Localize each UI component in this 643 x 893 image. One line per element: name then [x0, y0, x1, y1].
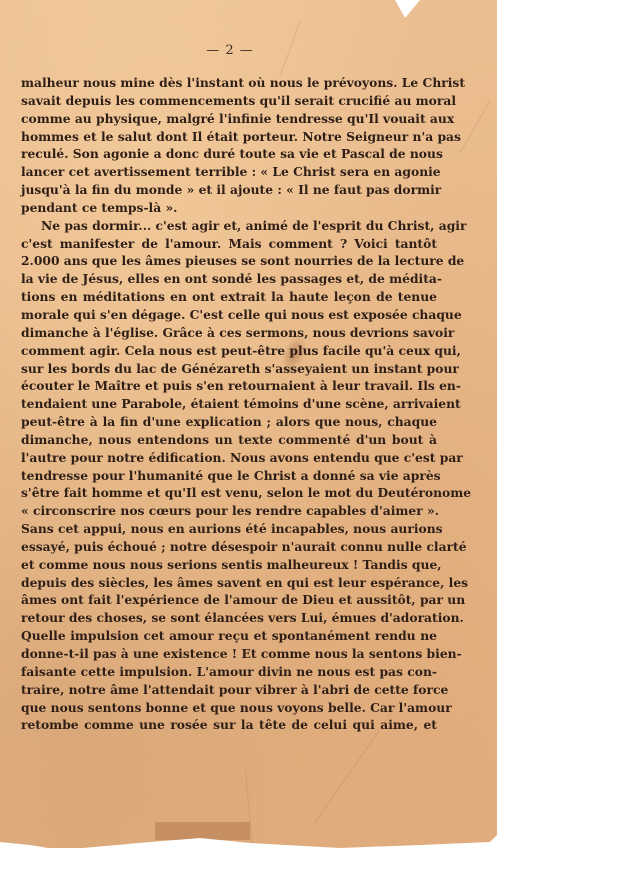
text-line: la vie de Jésus, elles en ont sondé les …: [21, 270, 437, 288]
text-line: comme au physique, malgré l'infinie tend…: [21, 110, 437, 128]
text-line: comment agir. Cela nous est peut-être pl…: [21, 342, 437, 360]
text-line: hommes et le salut dont Il était porteur…: [21, 128, 437, 146]
text-line: Ne pas dormir... c'est agir et, animé de…: [21, 217, 437, 235]
text-line: dimanche, nous entendons un texte commen…: [21, 431, 437, 449]
text-line: s'être fait homme et qu'Il est venu, sel…: [21, 484, 437, 502]
text-line: sur les bords du lac de Génézareth s'ass…: [21, 360, 437, 378]
text-line: tions en méditations en ont extrait la h…: [21, 288, 437, 306]
text-line: et comme nous nous serions sentis malheu…: [21, 556, 437, 574]
paper-crease: [460, 100, 491, 152]
text-line: savait depuis les commencements qu'il se…: [21, 92, 437, 110]
text-line: retour des choses, se sont élancées vers…: [21, 609, 437, 627]
text-line: lancer cet avertissement terrible : « Le…: [21, 163, 437, 181]
text-line: âmes ont fait l'expérience de l'amour de…: [21, 591, 437, 609]
text-line: faisante cette impulsion. L'amour divin …: [21, 663, 437, 681]
text-line: dimanche à l'église. Grâce à ces sermons…: [21, 324, 437, 342]
text-line: que nous sentons bonne et que nous voyon…: [21, 699, 437, 717]
text-line: traire, notre âme l'attendait pour vibre…: [21, 681, 437, 699]
text-line: peut-être à la fin d'une explication ; a…: [21, 413, 437, 431]
page-number: — 2 —: [0, 43, 460, 58]
text-line: jusqu'à la fin du monde » et il ajoute :…: [21, 181, 437, 199]
text-line: écouter le Maître et puis s'en retournai…: [21, 377, 437, 395]
text-line: essayé, puis échoué ; notre désespoir n'…: [21, 538, 437, 556]
text-line: pendant ce temps-là ».: [21, 199, 437, 217]
text-line: retombe comme une rosée sur la tête de c…: [21, 716, 437, 734]
paper-tape: [155, 822, 250, 840]
text-line: donne-t-il pas à une existence ! Et comm…: [21, 645, 437, 663]
text-line: 2.000 ans que les âmes pieuses se sont n…: [21, 252, 437, 270]
text-line: reculé. Son agonie a donc duré toute sa …: [21, 145, 437, 163]
text-line: tendaient une Parabole, étaient témoins …: [21, 395, 437, 413]
text-line: depuis des siècles, les âmes savent en q…: [21, 574, 437, 592]
text-line: Quelle impulsion cet amour reçu et spont…: [21, 627, 437, 645]
text-line: Sans cet appui, nous en aurions été inca…: [21, 520, 437, 538]
text-line: tendresse pour l'humanité que le Christ …: [21, 467, 437, 485]
text-line: « circonscrire nos cœurs pour les rendre…: [21, 502, 437, 520]
body-text: malheur nous mine dès l'instant où nous …: [21, 74, 437, 734]
text-line: l'autre pour notre édification. Nous avo…: [21, 449, 437, 467]
text-line: morale qui s'en dégage. C'est celle qui …: [21, 306, 437, 324]
text-line: malheur nous mine dès l'instant où nous …: [21, 74, 437, 92]
paper-page: — 2 — malheur nous mine dès l'instant où…: [0, 0, 497, 848]
text-line: c'est manifester de l'amour. Mais commen…: [21, 235, 437, 253]
